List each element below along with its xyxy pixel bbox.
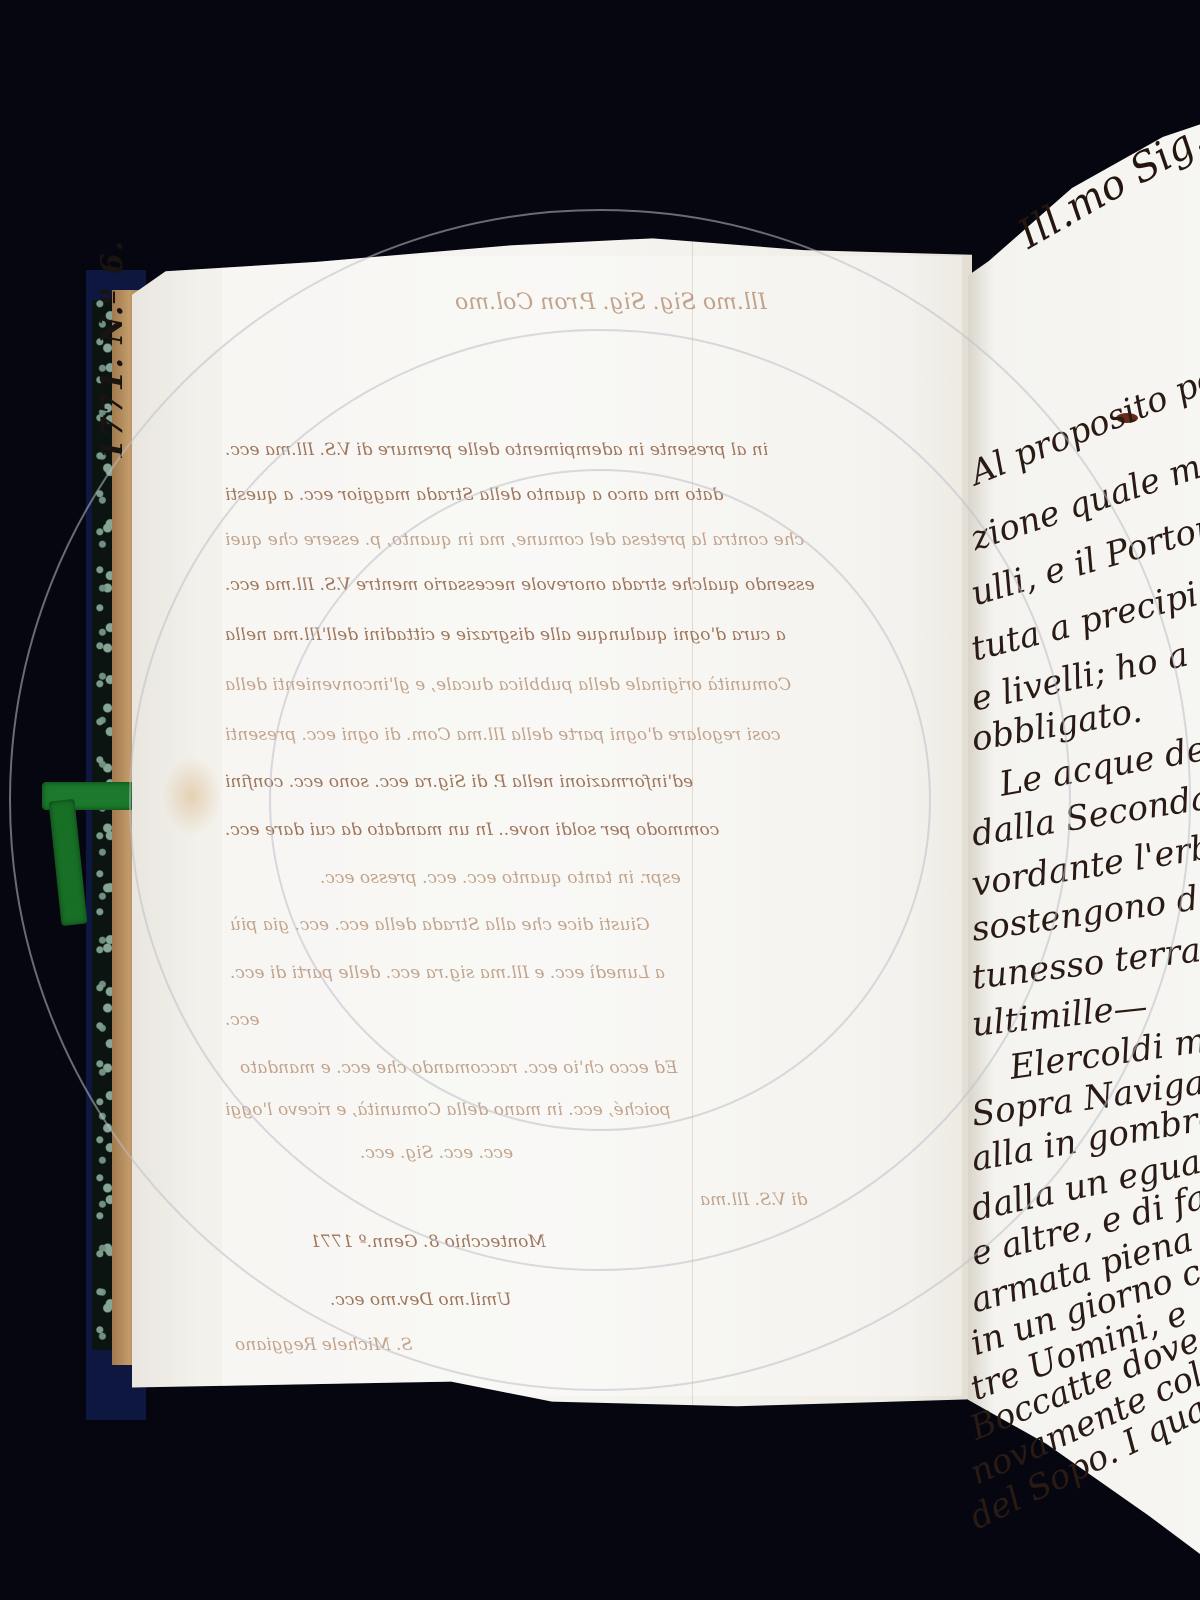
bleed-closing: di V.S. Ill.ma <box>700 1190 808 1210</box>
bleed-line: in al presente in adempimento delle prem… <box>225 440 768 460</box>
bleed-line: ecc. <box>225 1010 260 1030</box>
bleed-line: Comunità originale della pubblica ducale… <box>225 675 791 695</box>
bleed-line: poiché, ecc. in mano della Comunità, e r… <box>225 1100 671 1120</box>
foxing-stain <box>162 756 222 836</box>
bleed-line: che contra la pretesa del comune, ma in … <box>225 530 804 550</box>
green-ribbon-tail <box>49 799 88 926</box>
bleed-line: commodo per soldi nove.. In un mandato d… <box>225 820 719 840</box>
bleed-line: essendo qualche strada onorevole necessa… <box>225 575 815 595</box>
bleed-line: cosi regolare d'ogni parte della Ill.ma … <box>225 725 780 745</box>
bleed-line: ecc. ecc. Sig. ecc. <box>360 1143 513 1163</box>
bleed-signature-place: S. Michele Reggiano <box>235 1335 413 1355</box>
bleed-line: a cura d'ogni qualunque alle disgrazie e… <box>225 625 786 645</box>
bleed-line: Ed ecco ch'io ecc. raccomando che ecc. e… <box>240 1058 677 1078</box>
bleed-line: ed'informazioni nella P. di Sig.ra ecc. … <box>225 772 693 792</box>
archival-call-number: 1771. N.º 6. <box>95 239 130 460</box>
bleed-line: espr. in tanto quanto ecc. ecc. presso e… <box>320 868 681 888</box>
bleed-header: Ill.mo Sig. Sig. P.ron Col.mo <box>455 290 767 315</box>
bleed-line: dato ma anco a quanto della Strada maggi… <box>225 485 723 505</box>
bleed-signature: Umil.mo Dev.mo ecc. <box>330 1290 511 1310</box>
archival-photo: 1771. N.º 6. Ill.mo Sig. Sig. P.ron Col.… <box>0 0 1200 1600</box>
bleed-line: a Lunedì ecc. e Ill.ma sig.ra ecc. delle… <box>230 963 665 983</box>
bleed-date-line: Montecchio 8. Genn.º 1771 <box>310 1232 546 1252</box>
bleed-line: Giusti dice che alla Strada della ecc. e… <box>230 915 650 935</box>
